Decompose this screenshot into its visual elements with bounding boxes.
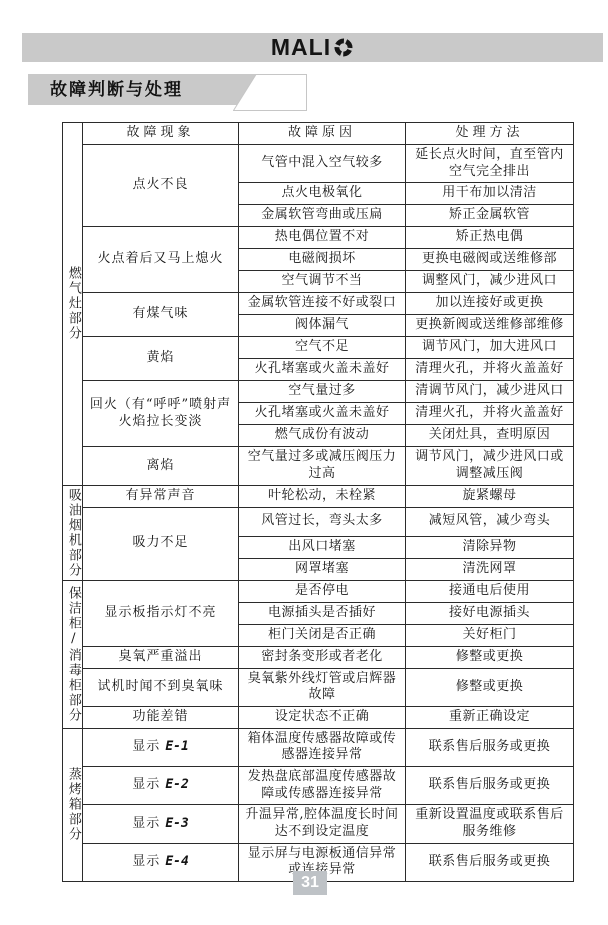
table-row: 臭氧严重溢出密封条变形或者老化修整或更换 xyxy=(63,646,574,668)
cause-cell: 升温异常,腔体温度长时间达不到设定温度 xyxy=(239,805,406,843)
cause-cell: 空气量过多 xyxy=(239,381,406,403)
phenomenon-cell: 显示板指示灯不亮 xyxy=(83,580,239,646)
malio-logo: MALI xyxy=(271,34,354,61)
table-row: 显示 E-3升温异常,腔体温度长时间达不到设定温度重新设置温度或联系售后服务维修 xyxy=(63,805,574,843)
solution-cell: 清理火孔，并将火盖盖好 xyxy=(406,403,574,425)
table-row: 离焰空气量过多或减压阀压力过高调节风门，减少进风口或调整减压阀 xyxy=(63,447,574,485)
cause-cell: 火孔堵塞或火盖未盖好 xyxy=(239,403,406,425)
phenomenon-text: 显示 xyxy=(132,854,165,869)
table-row: 黄焰空气不足调节风门，加大进风口 xyxy=(63,337,574,359)
solution-cell: 重新设置温度或联系售后服务维修 xyxy=(406,805,574,843)
cause-cell: 空气调节不当 xyxy=(239,271,406,293)
phenomenon-cell: 显示 E-2 xyxy=(83,767,239,805)
solution-cell: 接通电后使用 xyxy=(406,580,574,602)
solution-cell: 清调节风门，减少进风口 xyxy=(406,381,574,403)
solution-cell: 更换电磁阀或送维修部 xyxy=(406,249,574,271)
solution-cell: 联系售后服务或更换 xyxy=(406,843,574,881)
phenomenon-cell: 吸力不足 xyxy=(83,507,239,580)
solution-cell: 联系售后服务或更换 xyxy=(406,728,574,766)
brand-band: MALI xyxy=(22,33,603,62)
solution-cell: 延长点火时间，直至管内空气完全排出 xyxy=(406,145,574,183)
solution-cell: 联系售后服务或更换 xyxy=(406,767,574,805)
phenomenon-cell: 显示 E-3 xyxy=(83,805,239,843)
troubleshooting-table-body: 燃气灶部分故障现象故障原因处理方法点火不良气管中混入空气较多延长点火时间，直至管… xyxy=(63,123,574,882)
solution-cell: 重新正确设定 xyxy=(406,706,574,728)
manual-page: MALI 故障判断与处理 燃气灶部分故障现象故障原因处理方法点火不良气管中混入空… xyxy=(0,0,608,925)
cause-cell: 柜门关闭是否正确 xyxy=(239,624,406,646)
solution-cell: 加以连接好或更换 xyxy=(406,293,574,315)
cause-cell: 空气量过多或减压阀压力过高 xyxy=(239,447,406,485)
phenomenon-cell: 黄焰 xyxy=(83,337,239,381)
cause-cell: 密封条变形或者老化 xyxy=(239,646,406,668)
solution-cell: 修整或更换 xyxy=(406,646,574,668)
solution-cell: 清洗网罩 xyxy=(406,558,574,580)
header-cell: 故障现象 xyxy=(83,123,239,145)
solution-cell: 矫正金属软管 xyxy=(406,205,574,227)
phenomenon-cell: 功能差错 xyxy=(83,706,239,728)
cause-cell: 叶轮松动，未栓紧 xyxy=(239,485,406,507)
troubleshooting-table: 燃气灶部分故障现象故障原因处理方法点火不良气管中混入空气较多延长点火时间，直至管… xyxy=(62,122,574,882)
cause-cell: 点火电极氧化 xyxy=(239,183,406,205)
solution-cell: 矫正热电偶 xyxy=(406,227,574,249)
solution-cell: 清除异物 xyxy=(406,536,574,558)
cause-cell: 阀体漏气 xyxy=(239,315,406,337)
phenomenon-cell: 显示 E-1 xyxy=(83,728,239,766)
phenomenon-cell: 回火（有“呼呼”喷射声火焰拉长变淡 xyxy=(83,381,239,447)
phenomenon-cell: 显示 E-4 xyxy=(83,843,239,881)
category-cell: 吸油烟机部分 xyxy=(63,485,83,580)
cause-cell: 空气不足 xyxy=(239,337,406,359)
page-number: 31 xyxy=(293,871,327,895)
cause-cell: 燃气成份有波动 xyxy=(239,425,406,447)
section-title: 故障判断与处理 xyxy=(50,74,183,105)
header-cell: 故障原因 xyxy=(239,123,406,145)
phenomenon-cell: 试机时闻不到臭氧味 xyxy=(83,668,239,706)
logo-o-shutter-icon xyxy=(333,37,354,58)
solution-cell: 清理火孔，并将火盖盖好 xyxy=(406,359,574,381)
table-header-row: 燃气灶部分故障现象故障原因处理方法 xyxy=(63,123,574,145)
cause-cell: 臭氧紫外线灯管或启辉器故障 xyxy=(239,668,406,706)
header-cell: 处理方法 xyxy=(406,123,574,145)
table-row: 点火不良气管中混入空气较多延长点火时间，直至管内空气完全排出 xyxy=(63,145,574,183)
solution-cell: 调整风门，减少进风口 xyxy=(406,271,574,293)
solution-cell: 调节风门，加大进风口 xyxy=(406,337,574,359)
table-row: 显示 E-2发热盘底部温度传感器故障或传感器连接异常联系售后服务或更换 xyxy=(63,767,574,805)
cause-cell: 发热盘底部温度传感器故障或传感器连接异常 xyxy=(239,767,406,805)
error-code: E-1 xyxy=(165,739,188,754)
solution-cell: 关闭灶具，查明原因 xyxy=(406,425,574,447)
solution-cell: 用干布加以清洁 xyxy=(406,183,574,205)
cause-cell: 是否停电 xyxy=(239,580,406,602)
phenomenon-text: 显示 xyxy=(132,739,165,754)
table-row: 有煤气味金属软管连接不好或裂口加以连接好或更换 xyxy=(63,293,574,315)
cause-cell: 电源插头是否插好 xyxy=(239,602,406,624)
error-code: E-2 xyxy=(165,777,188,792)
phenomenon-cell: 离焰 xyxy=(83,447,239,485)
table-row: 蒸烤箱部分显示 E-1箱体温度传感器故障或传感器连接异常联系售后服务或更换 xyxy=(63,728,574,766)
table-row: 试机时闻不到臭氧味臭氧紫外线灯管或启辉器故障修整或更换 xyxy=(63,668,574,706)
phenomenon-cell: 点火不良 xyxy=(83,145,239,227)
category-cell: 燃气灶部分 xyxy=(63,123,83,486)
category-cell: 保洁柜/消毒柜部分 xyxy=(63,580,83,728)
table-row: 吸油烟机部分有异常声音叶轮松动，未栓紧旋紧螺母 xyxy=(63,485,574,507)
cause-cell: 箱体温度传感器故障或传感器连接异常 xyxy=(239,728,406,766)
table-row: 火点着后又马上熄火热电偶位置不对矫正热电偶 xyxy=(63,227,574,249)
table-row: 保洁柜/消毒柜部分显示板指示灯不亮是否停电接通电后使用 xyxy=(63,580,574,602)
solution-cell: 减短风管，减少弯头 xyxy=(406,507,574,536)
solution-cell: 旋紧螺母 xyxy=(406,485,574,507)
cause-cell: 热电偶位置不对 xyxy=(239,227,406,249)
phenomenon-text: 显示 xyxy=(132,816,165,831)
cause-cell: 火孔堵塞或火盖未盖好 xyxy=(239,359,406,381)
cause-cell: 出风口堵塞 xyxy=(239,536,406,558)
phenomenon-cell: 有煤气味 xyxy=(83,293,239,337)
bar-notch-decoration xyxy=(233,74,307,112)
solution-cell: 修整或更换 xyxy=(406,668,574,706)
solution-cell: 接好电源插头 xyxy=(406,602,574,624)
cause-cell: 金属软管连接不好或裂口 xyxy=(239,293,406,315)
phenomenon-cell: 火点着后又马上熄火 xyxy=(83,227,239,293)
cause-cell: 电磁阀损坏 xyxy=(239,249,406,271)
cause-cell: 金属软管弯曲或压扁 xyxy=(239,205,406,227)
cause-cell: 网罩堵塞 xyxy=(239,558,406,580)
category-cell: 蒸烤箱部分 xyxy=(63,728,83,881)
solution-cell: 调节风门，减少进风口或调整减压阀 xyxy=(406,447,574,485)
phenomenon-cell: 有异常声音 xyxy=(83,485,239,507)
error-code: E-4 xyxy=(165,854,188,869)
table-row: 功能差错设定状态不正确重新正确设定 xyxy=(63,706,574,728)
logo-text: MALI xyxy=(271,34,331,62)
cause-cell: 设定状态不正确 xyxy=(239,706,406,728)
cause-cell: 风管过长，弯头太多 xyxy=(239,507,406,536)
phenomenon-cell: 臭氧严重溢出 xyxy=(83,646,239,668)
solution-cell: 更换新阀或送维修部维修 xyxy=(406,315,574,337)
section-header-bar: 故障判断与处理 xyxy=(28,74,307,105)
phenomenon-text: 显示 xyxy=(132,777,165,792)
table-row: 回火（有“呼呼”喷射声火焰拉长变淡空气量过多清调节风门，减少进风口 xyxy=(63,381,574,403)
table-row: 吸力不足风管过长，弯头太多减短风管，减少弯头 xyxy=(63,507,574,536)
error-code: E-3 xyxy=(165,816,188,831)
cause-cell: 气管中混入空气较多 xyxy=(239,145,406,183)
solution-cell: 关好柜门 xyxy=(406,624,574,646)
